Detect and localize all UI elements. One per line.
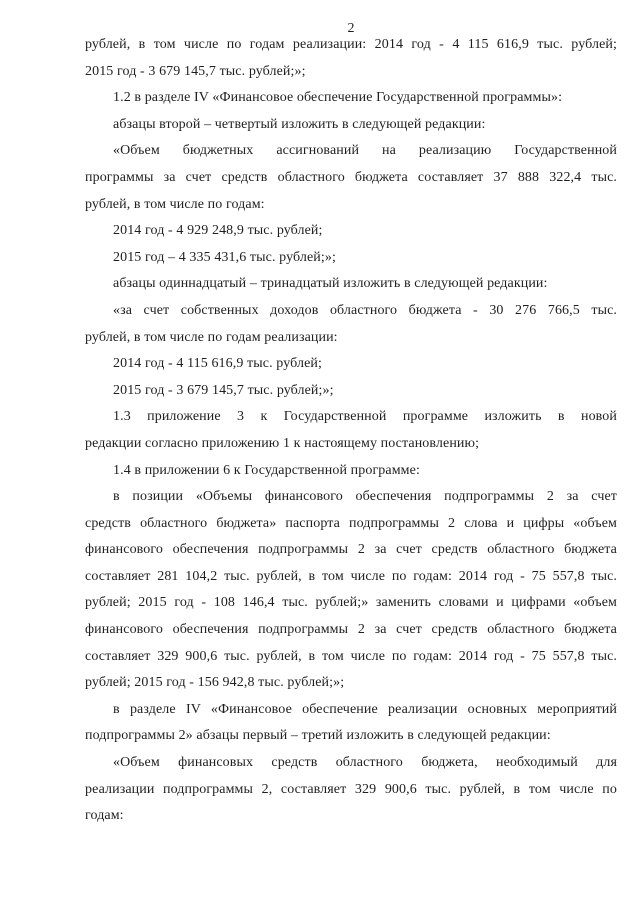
text-line: рублей; 2015 год - 156 942,8 тыс. рублей… bbox=[85, 670, 617, 697]
text-line: составляет 329 900,6 тыс. рублей, в том … bbox=[85, 644, 617, 671]
text-line: абзацы одиннадцатый – тринадцатый изложи… bbox=[85, 271, 617, 298]
text-line: средств областного бюджета» паспорта под… bbox=[85, 511, 617, 538]
text-line: «Объем финансовых средств областного бюд… bbox=[85, 750, 617, 777]
text-line: рублей; 2015 год - 108 146,4 тыс. рублей… bbox=[85, 590, 617, 617]
text-line: абзацы второй – четвертый изложить в сле… bbox=[85, 112, 617, 139]
text-line: «за счет собственных доходов областного … bbox=[85, 298, 617, 325]
text-line: составляет 281 104,2 тыс. рублей, в том … bbox=[85, 564, 617, 591]
text-line: финансового обеспечения подпрограммы 2 з… bbox=[85, 617, 617, 644]
text-line: подпрограммы 2» абзацы первый – третий и… bbox=[85, 723, 617, 750]
text-line: 2014 год - 4 115 616,9 тыс. рублей; bbox=[85, 351, 617, 378]
text-line: «Объем бюджетных ассигнований на реализа… bbox=[85, 138, 617, 165]
text-line: реализации подпрограммы 2, составляет 32… bbox=[85, 777, 617, 804]
text-line: рублей, в том числе по годам реализации:… bbox=[85, 32, 617, 59]
text-line: 1.3 приложение 3 к Государственной прогр… bbox=[85, 404, 617, 431]
text-line: годам: bbox=[85, 803, 617, 830]
text-line: в позиции «Объемы финансового обеспечени… bbox=[85, 484, 617, 511]
text-line: 2015 год – 4 335 431,6 тыс. рублей;»; bbox=[85, 245, 617, 272]
text-line: программы за счет средств областного бюд… bbox=[85, 165, 617, 192]
text-line: рублей, в том числе по годам реализации: bbox=[85, 325, 617, 352]
text-line: редакции согласно приложению 1 к настоящ… bbox=[85, 431, 617, 458]
text-line: 2015 год - 3 679 145,7 тыс. рублей;»; bbox=[85, 59, 617, 86]
text-line: 2015 год - 3 679 145,7 тыс. рублей;»; bbox=[85, 378, 617, 405]
document-page: 2 рублей, в том числе по годам реализаци… bbox=[0, 0, 640, 905]
text-line: 1.4 в приложении 6 к Государственной про… bbox=[85, 458, 617, 485]
text-line: в разделе IV «Финансовое обеспечение реа… bbox=[85, 697, 617, 724]
document-text: рублей, в том числе по годам реализации:… bbox=[85, 32, 617, 830]
text-line: 1.2 в разделе IV «Финансовое обеспечение… bbox=[85, 85, 617, 112]
text-line: рублей, в том числе по годам: bbox=[85, 192, 617, 219]
text-line: 2014 год - 4 929 248,9 тыс. рублей; bbox=[85, 218, 617, 245]
text-line: финансового обеспечения подпрограммы 2 з… bbox=[85, 537, 617, 564]
